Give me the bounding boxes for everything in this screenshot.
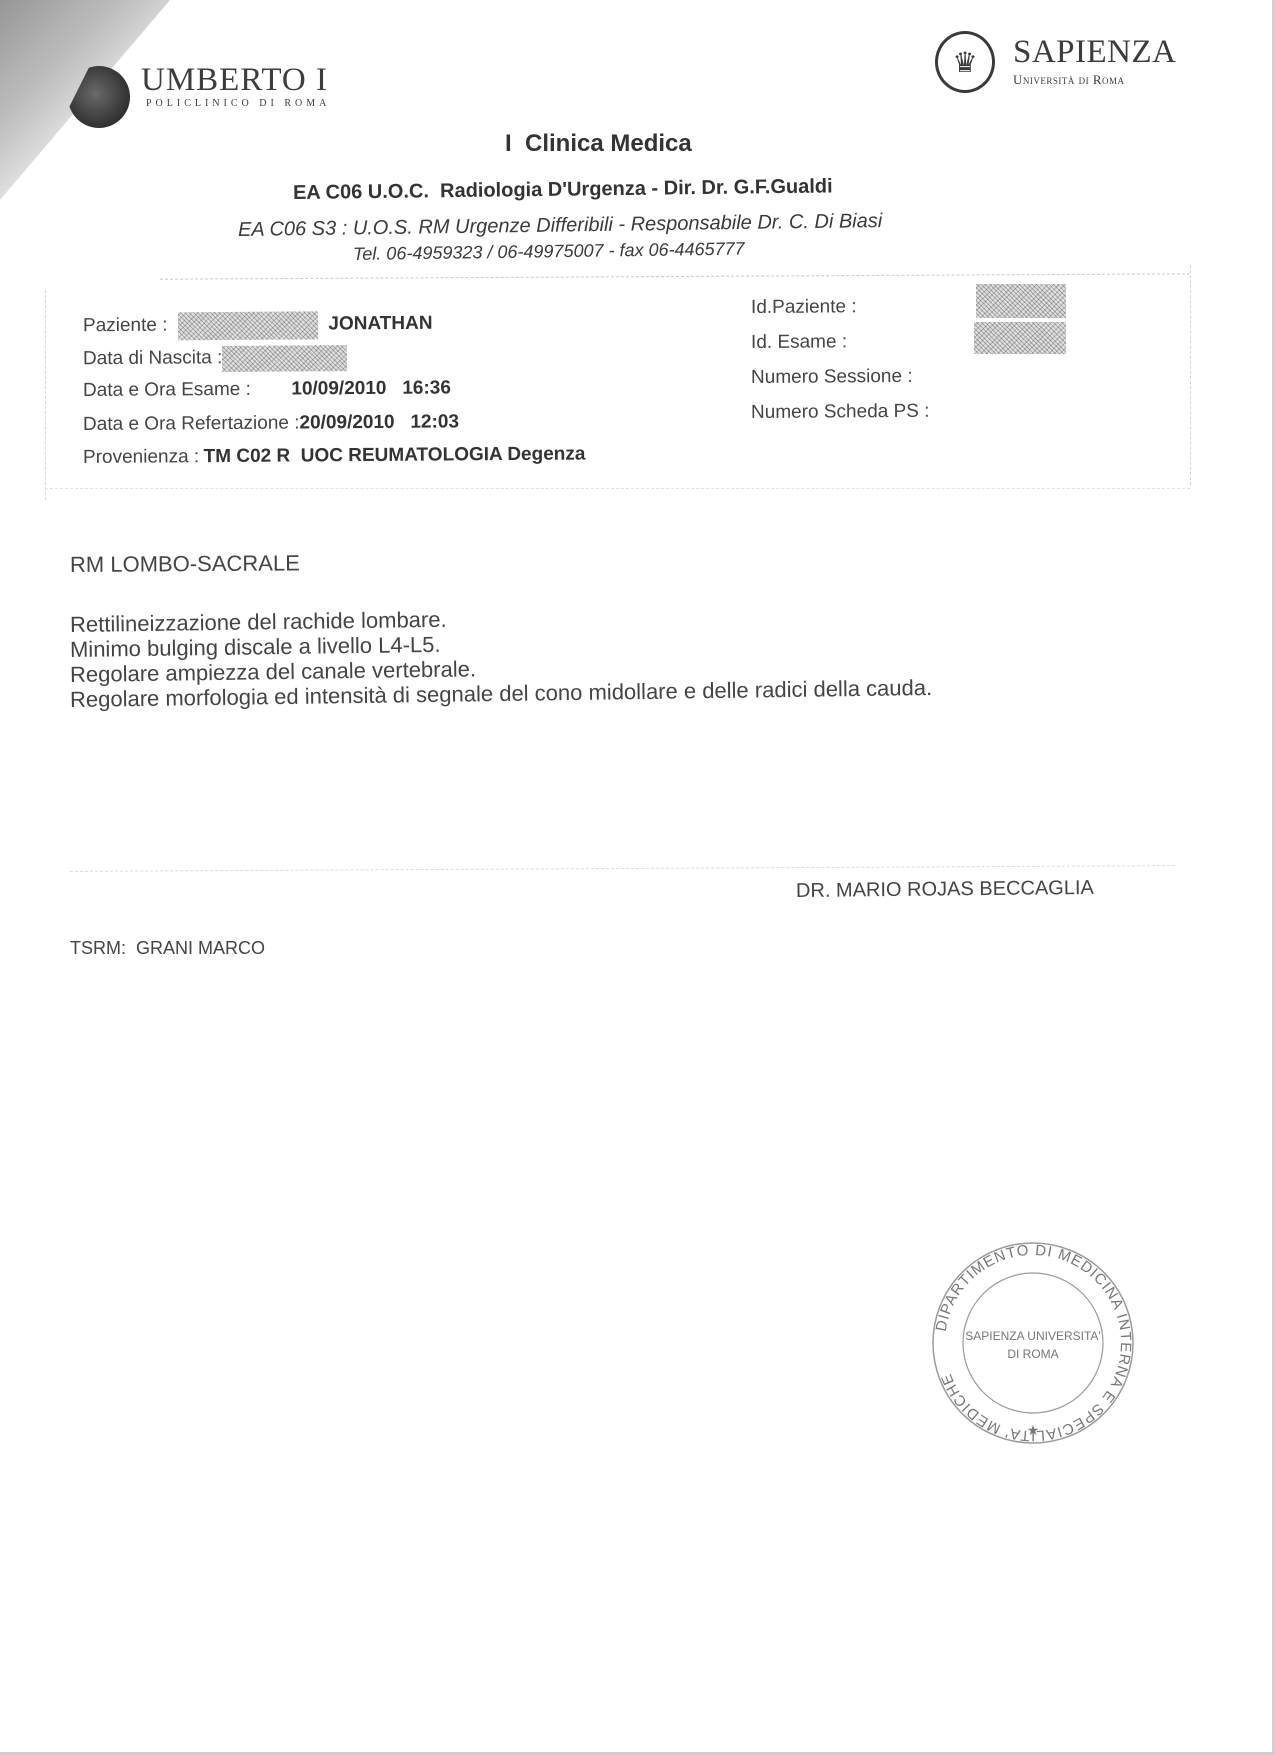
field-label: Data e Ora Refertazione : <box>83 412 300 435</box>
field-label: Data di Nascita : <box>83 347 223 369</box>
hospital-logo-subtitle: POLICLINICO DI ROMA <box>146 98 330 109</box>
findings-list: Rettilineizzazione del rachide lombare. … <box>70 612 932 712</box>
university-logo-title: SAPIENZA <box>1013 34 1177 71</box>
svg-text:★: ★ <box>1027 1422 1040 1438</box>
field-value: JONATHAN <box>328 313 432 335</box>
redacted-birthdate <box>222 345 347 372</box>
field-id-esame: Id. Esame : <box>751 331 847 354</box>
unit-line: EA C06 S3 : U.O.S. RM Urgenze Differibil… <box>238 210 883 242</box>
field-provenienza: Provenienza : TM C02 R UOC REUMATOLOGIA … <box>83 443 586 469</box>
doctor-signature: DR. MARIO ROJAS BECCAGLIA <box>796 877 1094 903</box>
patient-box-border-left <box>45 290 46 500</box>
redacted-surname <box>178 311 318 340</box>
field-label: Paziente : <box>83 315 168 337</box>
field-data-nascita: Data di Nascita : <box>83 345 348 373</box>
hospital-logo-title: UMBERTO I <box>141 62 328 99</box>
field-id-paziente: Id.Paziente : <box>751 296 857 319</box>
sapienza-seal-icon: ♛ <box>935 31 995 93</box>
redacted-id-esame <box>974 322 1066 354</box>
department-line: EA C06 U.O.C. Radiologia D'Urgenza - Dir… <box>293 175 833 205</box>
field-value: TM C02 R UOC REUMATOLOGIA Degenza <box>204 443 586 467</box>
field-numero-scheda-ps: Numero Scheda PS : <box>751 401 930 424</box>
redacted-id-paziente <box>976 284 1066 318</box>
department-stamp-icon: DIPARTIMENTO DI MEDICINA INTERNA E SPECI… <box>928 1238 1138 1448</box>
svg-text:SAPIENZA UNIVERSITA': SAPIENZA UNIVERSITA' <box>965 1329 1100 1343</box>
field-label: Id. Esame : <box>751 331 847 353</box>
field-label: Id.Paziente : <box>751 296 857 318</box>
field-paziente: Paziente : JONATHAN <box>83 311 433 341</box>
field-numero-sessione: Numero Sessione : <box>751 366 913 389</box>
field-data-ora-refertazione: Data e Ora Refertazione :20/09/2010 12:0… <box>83 411 459 436</box>
patient-box-border-top <box>160 273 1190 279</box>
signature-separator <box>70 865 1175 872</box>
field-value: 10/09/2010 16:36 <box>291 377 451 399</box>
patient-box-border-bottom <box>45 488 1190 489</box>
field-label: Provenienza : <box>83 446 199 468</box>
field-label: Data e Ora Esame : <box>83 379 251 401</box>
svg-text:DI ROMA: DI ROMA <box>1007 1347 1058 1361</box>
exam-title: RM LOMBO-SACRALE <box>70 550 300 578</box>
patient-box-border-right <box>1190 265 1191 485</box>
field-label: Numero Sessione : <box>751 366 913 388</box>
field-data-ora-esame: Data e Ora Esame : 10/09/2010 16:36 <box>83 377 451 402</box>
contacts-line: Tel. 06-4959323 / 06-49975007 - fax 06-4… <box>353 239 745 265</box>
field-value: 20/09/2010 12:03 <box>299 411 459 433</box>
clinic-title: I Clinica Medica <box>505 130 692 158</box>
university-logo-subtitle: Università di Roma <box>1013 72 1125 88</box>
field-label: Numero Scheda PS : <box>751 401 930 423</box>
tsrm-signature: TSRM: GRANI MARCO <box>70 938 265 959</box>
